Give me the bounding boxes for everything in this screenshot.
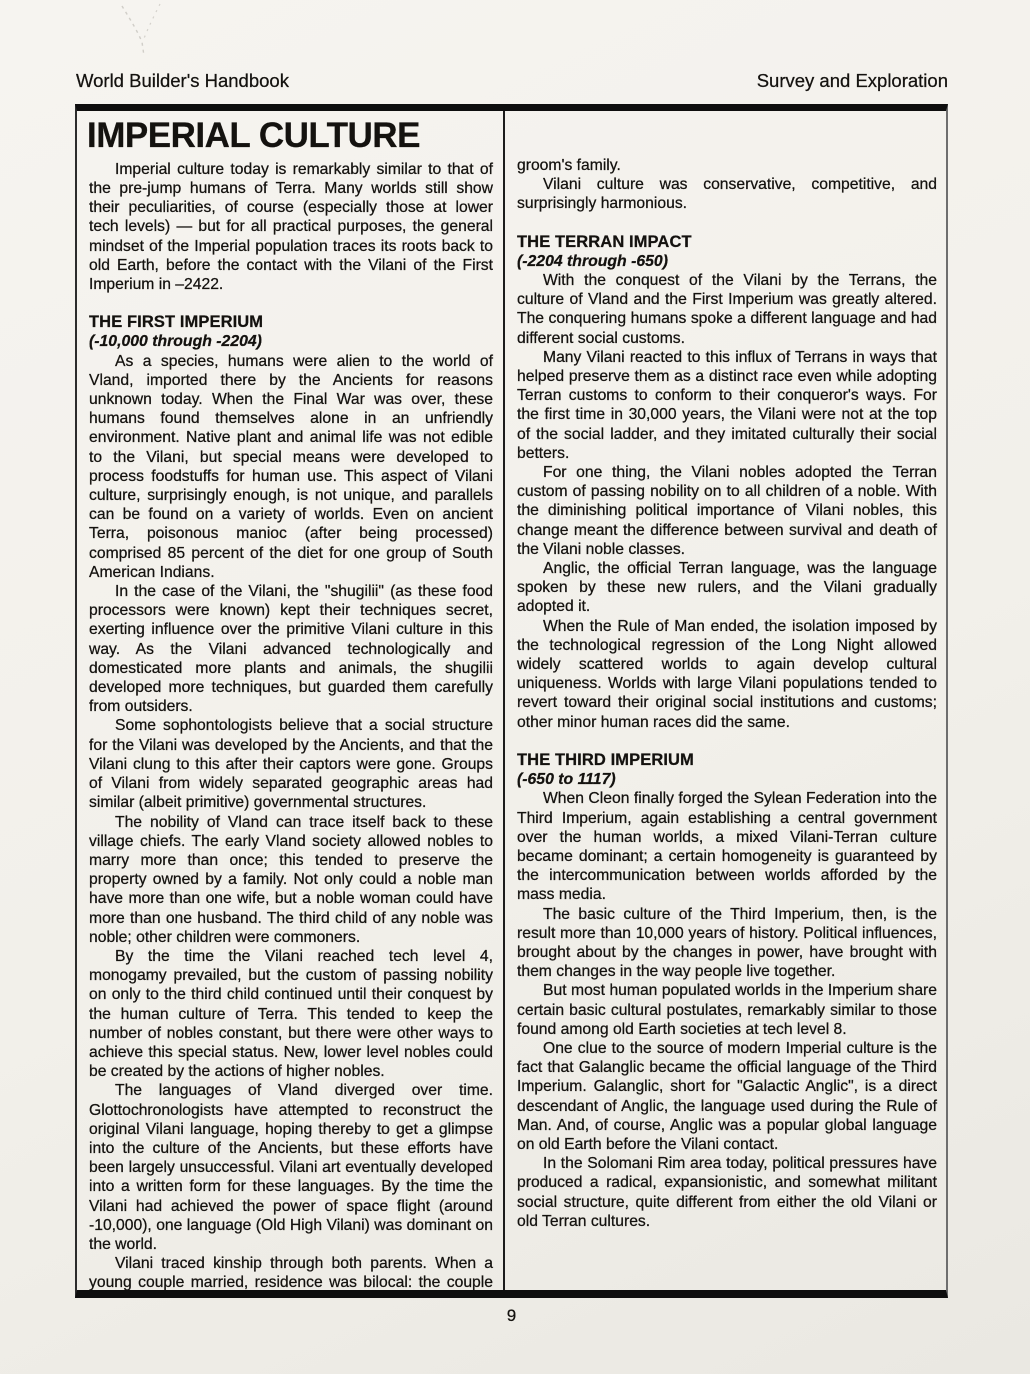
right-paragraph-6: For one thing, the Vilani nobles adopted… [517, 463, 937, 559]
right-paragraph-13: But most human populated worlds in the I… [517, 981, 937, 1039]
right-subheading-10: (-650 to 1117) [517, 770, 937, 789]
left-paragraph-7: By the time the Vilani reached tech leve… [89, 947, 493, 1081]
left-paragraph-4: In the case of the Vilani, the "shugilii… [89, 582, 493, 716]
right-continuation-0: groom's family. [517, 156, 937, 175]
page-number: 9 [75, 1306, 948, 1326]
right-paragraph-8: When the Rule of Man ended, the isolatio… [517, 617, 937, 732]
left-paragraph-0: Imperial culture today is remarkably sim… [89, 160, 493, 294]
article-frame: IMPERIAL CULTURE Imperial culture today … [75, 104, 948, 1298]
right-paragraph-14: One clue to the source of modern Imperia… [517, 1039, 937, 1154]
left-paragraph-9: Vilani traced kinship through both paren… [89, 1254, 493, 1290]
left-subheading-2: (-10,000 through -2204) [89, 332, 493, 351]
article-title: IMPERIAL CULTURE [87, 117, 493, 155]
left-heading-1: THE FIRST IMPERIUM [89, 313, 493, 332]
left-paragraph-3: As a species, humans were alien to the w… [89, 352, 493, 582]
running-head-right: Survey and Exploration [757, 70, 948, 92]
left-paragraph-5: Some sophontologists believe that a soci… [89, 716, 493, 812]
scan-artifact [108, 2, 178, 58]
right-paragraph-7: Anglic, the official Terran language, wa… [517, 559, 937, 617]
right-paragraph-1: Vilani culture was conservative, competi… [517, 175, 937, 213]
right-column: groom's family.Vilani culture was conser… [505, 111, 946, 1290]
left-paragraph-6: The nobility of Vland can trace itself b… [89, 813, 493, 947]
right-paragraph-4: With the conquest of the Vilani by the T… [517, 271, 937, 348]
right-paragraph-5: Many Vilani reacted to this influx of Te… [517, 348, 937, 463]
right-paragraph-15: In the Solomani Rim area today, politica… [517, 1154, 937, 1231]
running-head-left: World Builder's Handbook [76, 70, 289, 92]
right-paragraph-12: The basic culture of the Third Imperium,… [517, 905, 937, 982]
right-column-blocks: groom's family.Vilani culture was conser… [517, 156, 937, 1231]
left-column-blocks: Imperial culture today is remarkably sim… [89, 160, 493, 1290]
page-header: World Builder's Handbook Survey and Expl… [76, 70, 948, 92]
left-paragraph-8: The languages of Vland diverged over tim… [89, 1081, 493, 1254]
right-subheading-3: (-2204 through -650) [517, 252, 937, 271]
right-heading-2: THE TERRAN IMPACT [517, 233, 937, 252]
right-heading-9: THE THIRD IMPERIUM [517, 751, 937, 770]
right-paragraph-11: When Cleon finally forged the Sylean Fed… [517, 789, 937, 904]
left-column: IMPERIAL CULTURE Imperial culture today … [77, 111, 505, 1290]
